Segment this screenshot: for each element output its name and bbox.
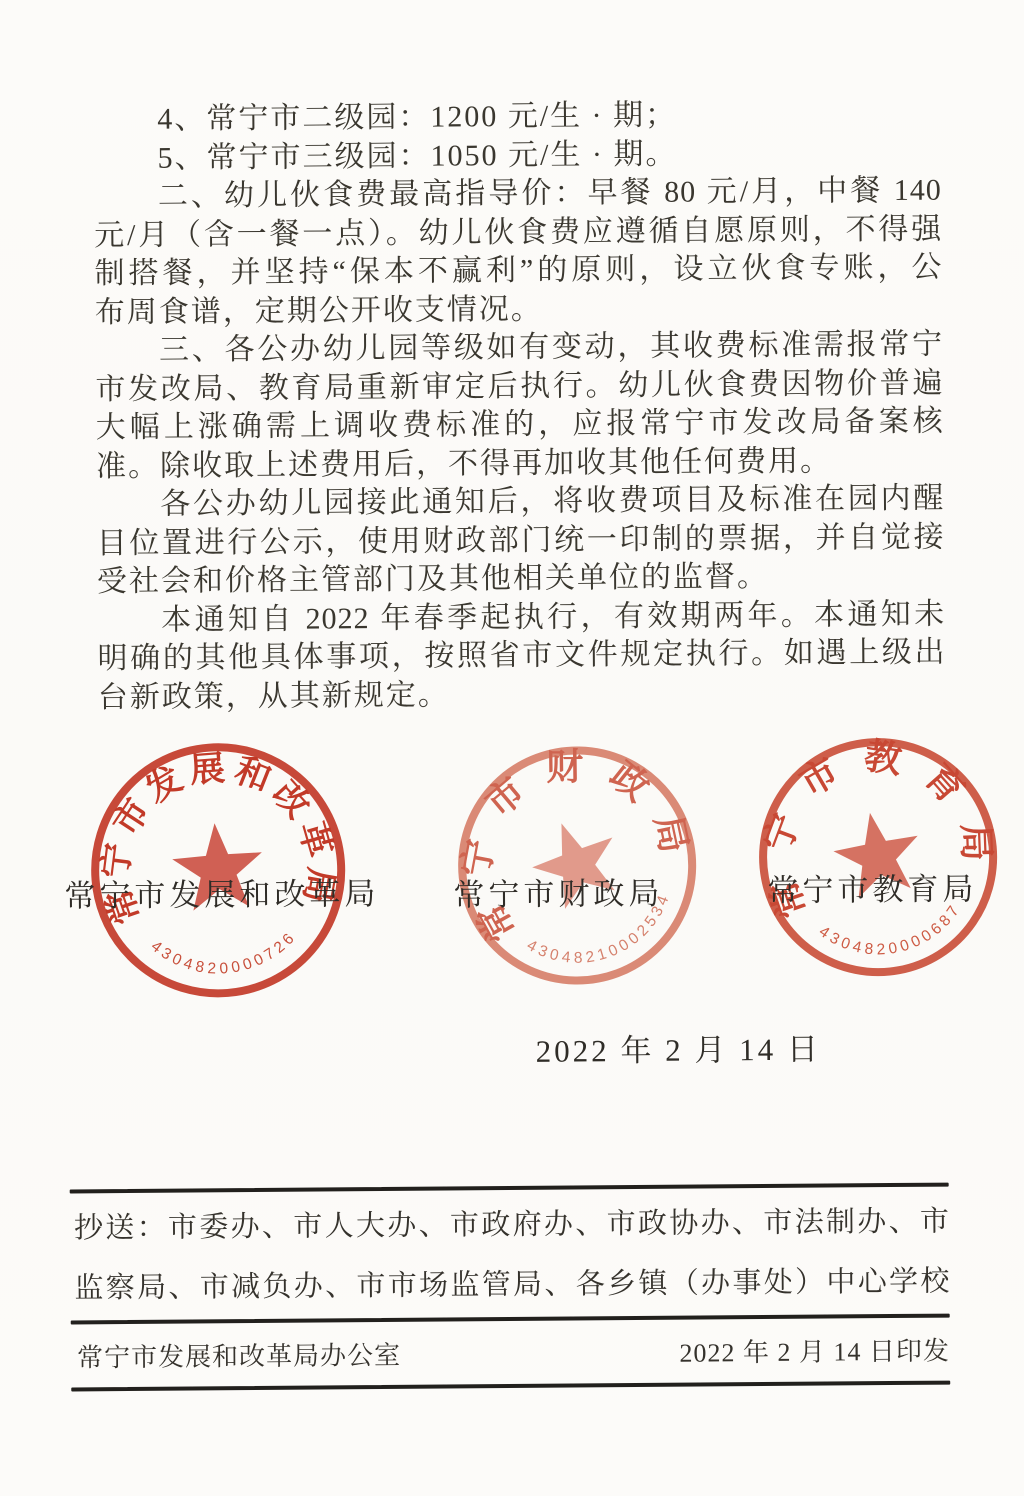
signature-agency-development-reform: 常宁市发展和改革局 [64,868,379,915]
body-line: 市发改局、教育局重新审定后执行。幼儿伙食费因物价普遍 [95,364,943,409]
divider-middle [71,1314,950,1325]
body-line: 本通知自 2022 年春季起执行，有效期两年。本通知未 [97,595,945,640]
document-sheet: 4、常宁市二级园：1200 元/生 · 期； 5、常宁市三级园：1050 元/生… [0,0,1024,1496]
official-seal-finance: 常宁市财政局 43048210002534 [418,706,737,1025]
body-line: 受社会和价格主管部门及其他相关单位的监督。 [97,557,945,602]
colophon-row: 常宁市发展和改革局办公室 2022 年 2 月 14 日印发 [77,1331,950,1375]
notice-body: 4、常宁市二级园：1200 元/生 · 期； 5、常宁市三级园：1050 元/生… [93,95,946,718]
body-line: 元/月（含一餐一点）。幼儿伙食费应遵循自愿原则，不得强 [94,210,942,255]
body-line: 大幅上涨确需上调收费标准的，应报常宁市发改局备案核 [96,403,944,448]
seal-graphic: 常宁市教育局 4304820000687 [734,713,1023,1002]
issue-date: 2022 年 2 月 14 日 [535,1024,821,1071]
body-line: 布周食谱，定期公开收支情况。 [95,287,943,332]
official-seal-education: 常宁市教育局 4304820000687 [734,713,1023,1002]
body-line: 各公办幼儿园接此通知后，将收费项目及标准在园内醒 [96,480,944,525]
body-line: 明确的其他具体事项，按照省市文件规定执行。如遇上级出 [97,634,945,679]
body-line: 准。除收取上述费用后，不得再加收其他任何费用。 [96,441,944,486]
signature-agency-education: 常宁市教育局 [767,863,977,910]
scanned-notice-page: 4、常宁市二级园：1200 元/生 · 期； 5、常宁市三级园：1050 元/生… [0,0,1024,1496]
body-line: 制搭餐，并坚持“保本不赢利”的原则，设立伙食专账，公 [94,249,942,294]
body-line: 台新政策，从其新规定。 [98,672,946,717]
body-line: 5、常宁市三级园：1050 元/生 · 期。 [93,133,941,178]
signature-agency-finance: 常宁市财政局 [453,868,663,915]
body-line: 4、常宁市二级园：1200 元/生 · 期； [93,95,941,140]
body-line: 目位置进行公示，使用财政部门统一印制的票据，并自觉接 [96,518,944,563]
body-line: 三、各公办幼儿园等级如有变动，其收费标准需报常宁 [95,326,943,371]
divider-bottom [71,1381,950,1392]
cc-line: 监察局、市减负办、市市场监管局、各乡镇（办事处）中心学校 [74,1259,950,1307]
print-date: 2022 年 2 月 14 日印发 [679,1331,950,1370]
divider-top [70,1183,949,1194]
body-line: 二、幼儿伙食费最高指导价：早餐 80 元/月，中餐 140 [94,172,942,217]
issuing-office: 常宁市发展和改革局办公室 [77,1335,401,1375]
seal-graphic: 常宁市财政局 43048210002534 [418,706,737,1025]
cc-line: 抄送：市委办、市人大办、市政府办、市政协办、市法制办、市 [74,1199,950,1247]
